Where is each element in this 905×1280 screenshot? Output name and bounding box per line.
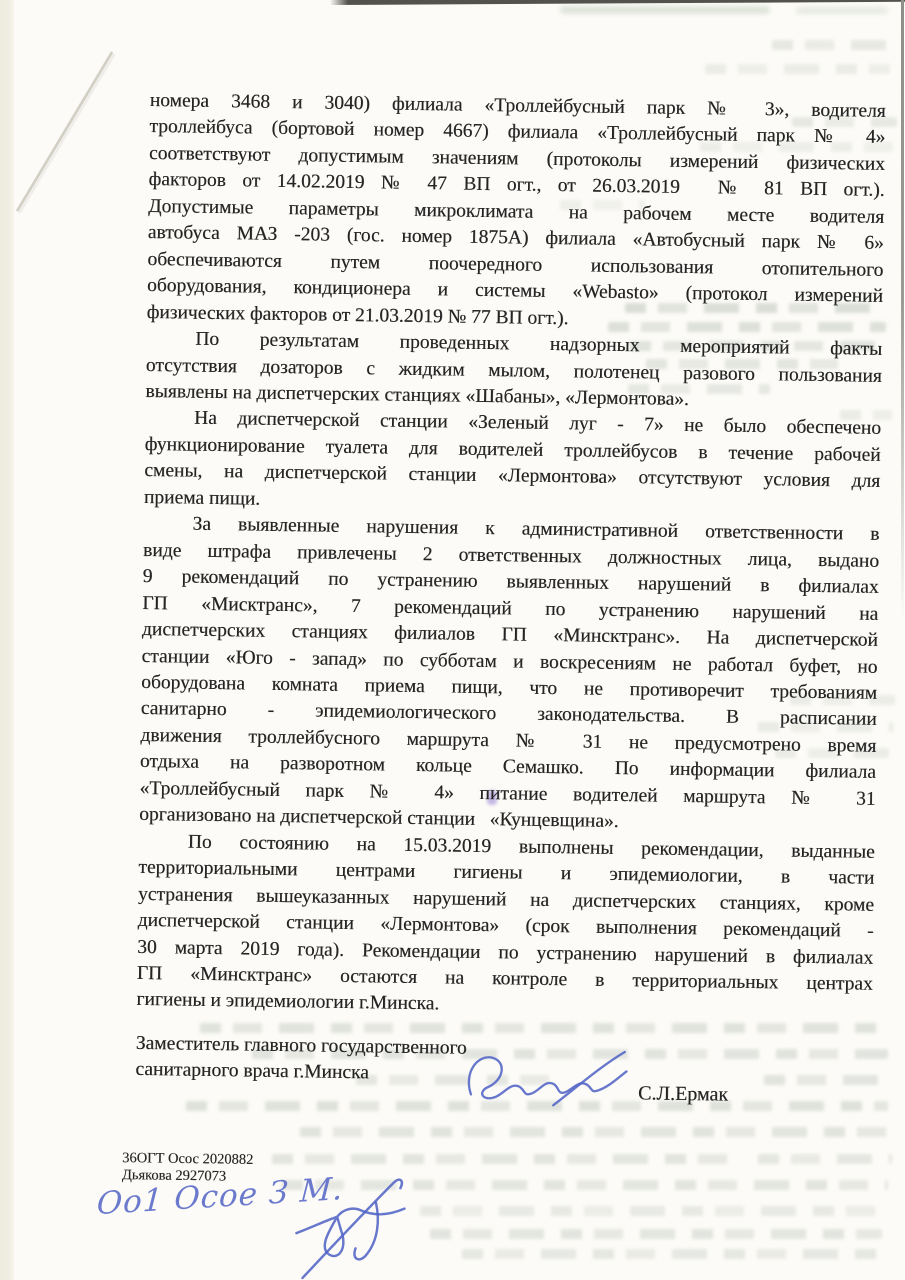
paragraphs: номера 3468 и 3040) филиала «Троллейбусн… [136, 88, 886, 1025]
bleedthrough-line [420, 1206, 888, 1216]
paragraph: номера 3468 и 3040) филиала «Троллейбусн… [146, 88, 885, 337]
paragraph: На диспетчерской станции «Зеленый луг - … [144, 405, 881, 522]
handwritten-signature [290, 1176, 418, 1280]
signer-name: С.Л.Ермак [638, 1080, 728, 1108]
signature-ermak [457, 1046, 636, 1113]
scan-top-edge [330, 0, 905, 5]
scanned-document-page: номера 3468 и 3040) филиала «Троллейбусн… [0, 0, 905, 1280]
bleedthrough-line [705, 64, 890, 74]
paragraph: За выявленные нарушения к административн… [139, 511, 880, 839]
paragraph: По состоянию на 15.03.2019 выполнены рек… [136, 829, 875, 1025]
green-smudge [560, 6, 770, 14]
footer-line1: 36ОГТ Осос 2020882 [122, 1150, 253, 1168]
bleedthrough-line [430, 1229, 882, 1239]
signature-block: Заместитель главного государственного са… [134, 1031, 872, 1172]
green-smudge-small [796, 7, 888, 14]
bleedthrough-line [462, 1249, 878, 1259]
bleedthrough-line [772, 40, 892, 50]
document-body: номера 3468 и 3040) филиала «Троллейбусн… [134, 88, 886, 1172]
scan-right-edge [901, 0, 904, 620]
paragraph: По результатам проведенных надзорных мер… [145, 326, 882, 416]
